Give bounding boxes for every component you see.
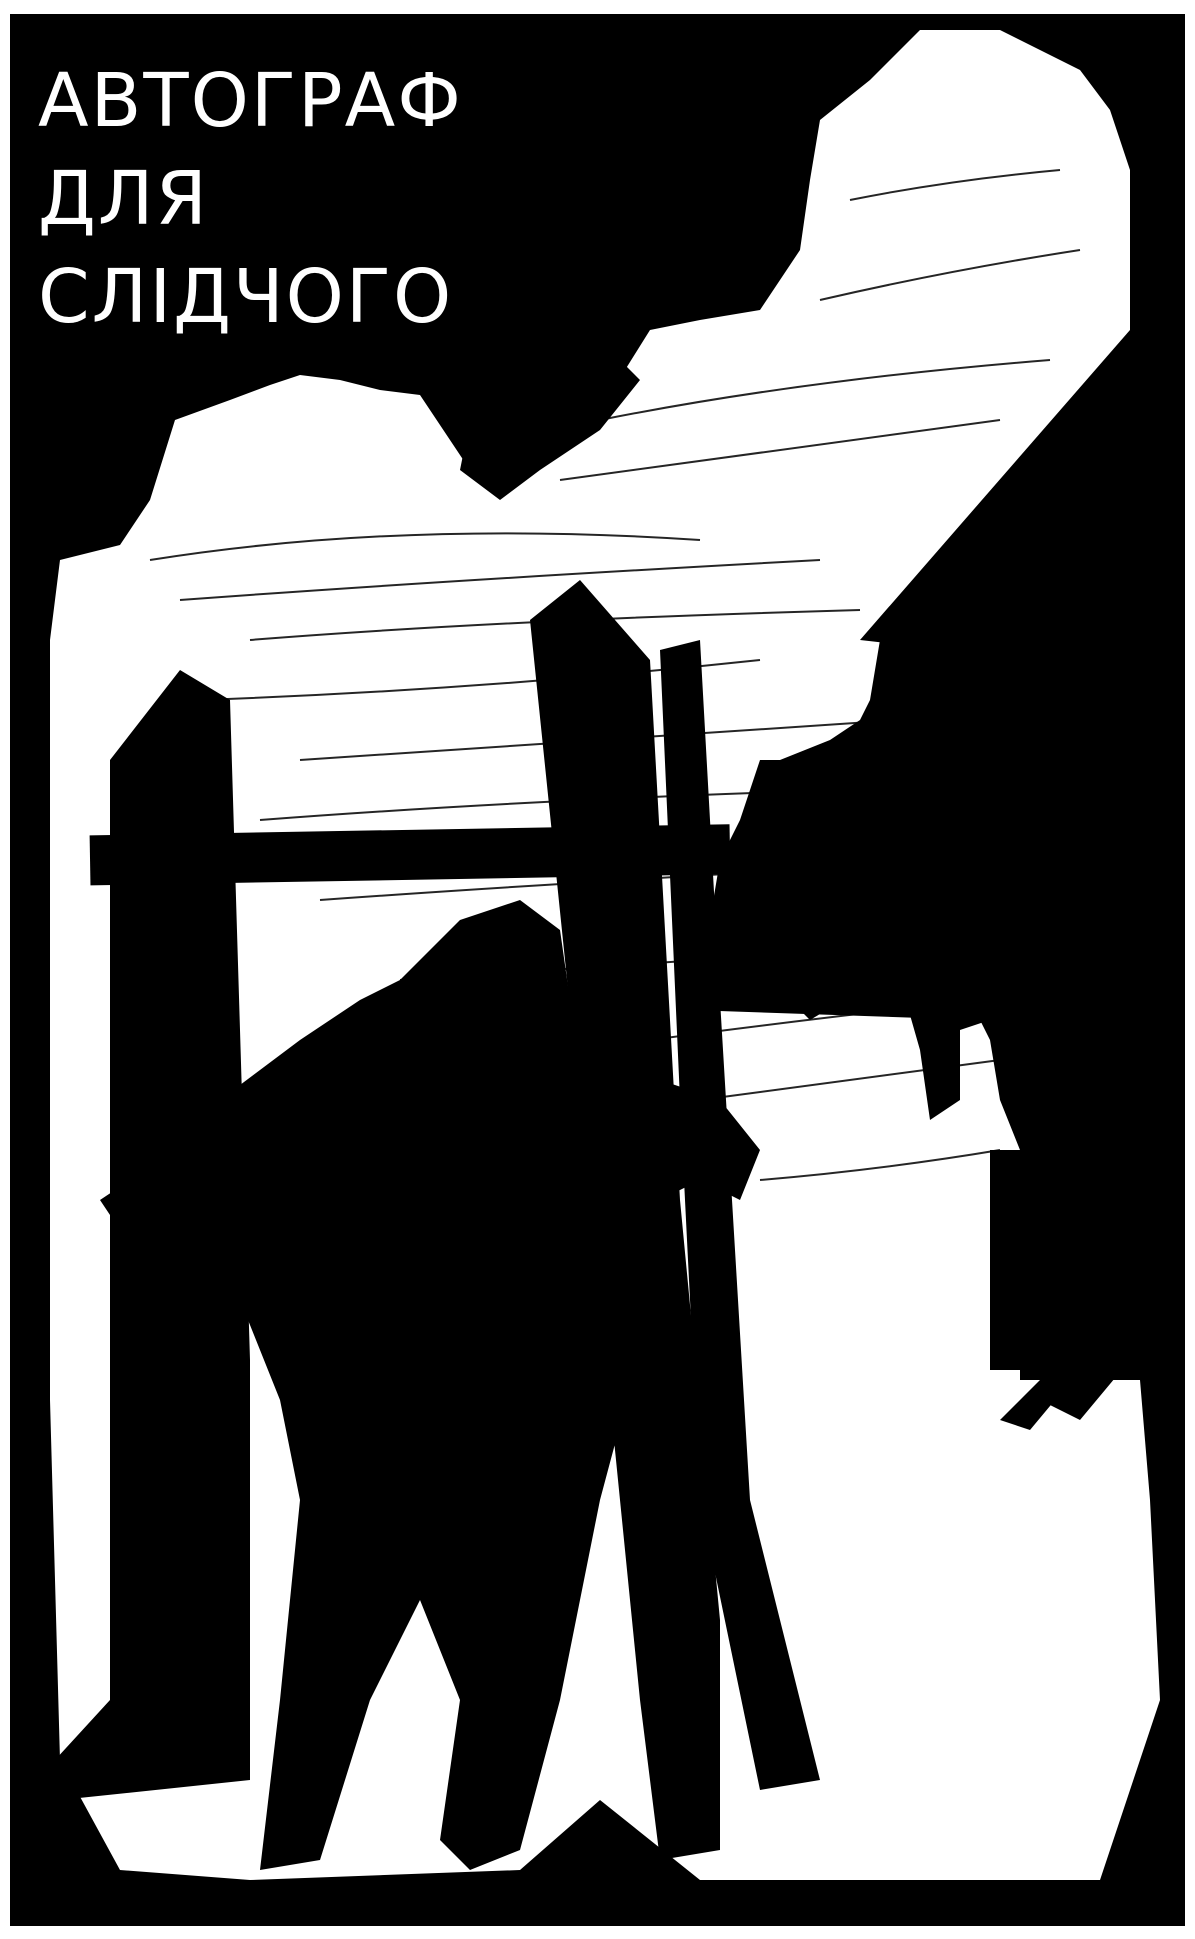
title-line-2: ДЛЯ bbox=[38, 150, 463, 248]
house-wall bbox=[1060, 700, 1185, 1350]
title-line-1: АВТОГРАФ bbox=[38, 52, 463, 150]
title-line-3: СЛІДЧОГО bbox=[38, 248, 463, 346]
porch bbox=[990, 1150, 1040, 1370]
book-title: АВТОГРАФ ДЛЯ СЛІДЧОГО bbox=[38, 52, 463, 346]
